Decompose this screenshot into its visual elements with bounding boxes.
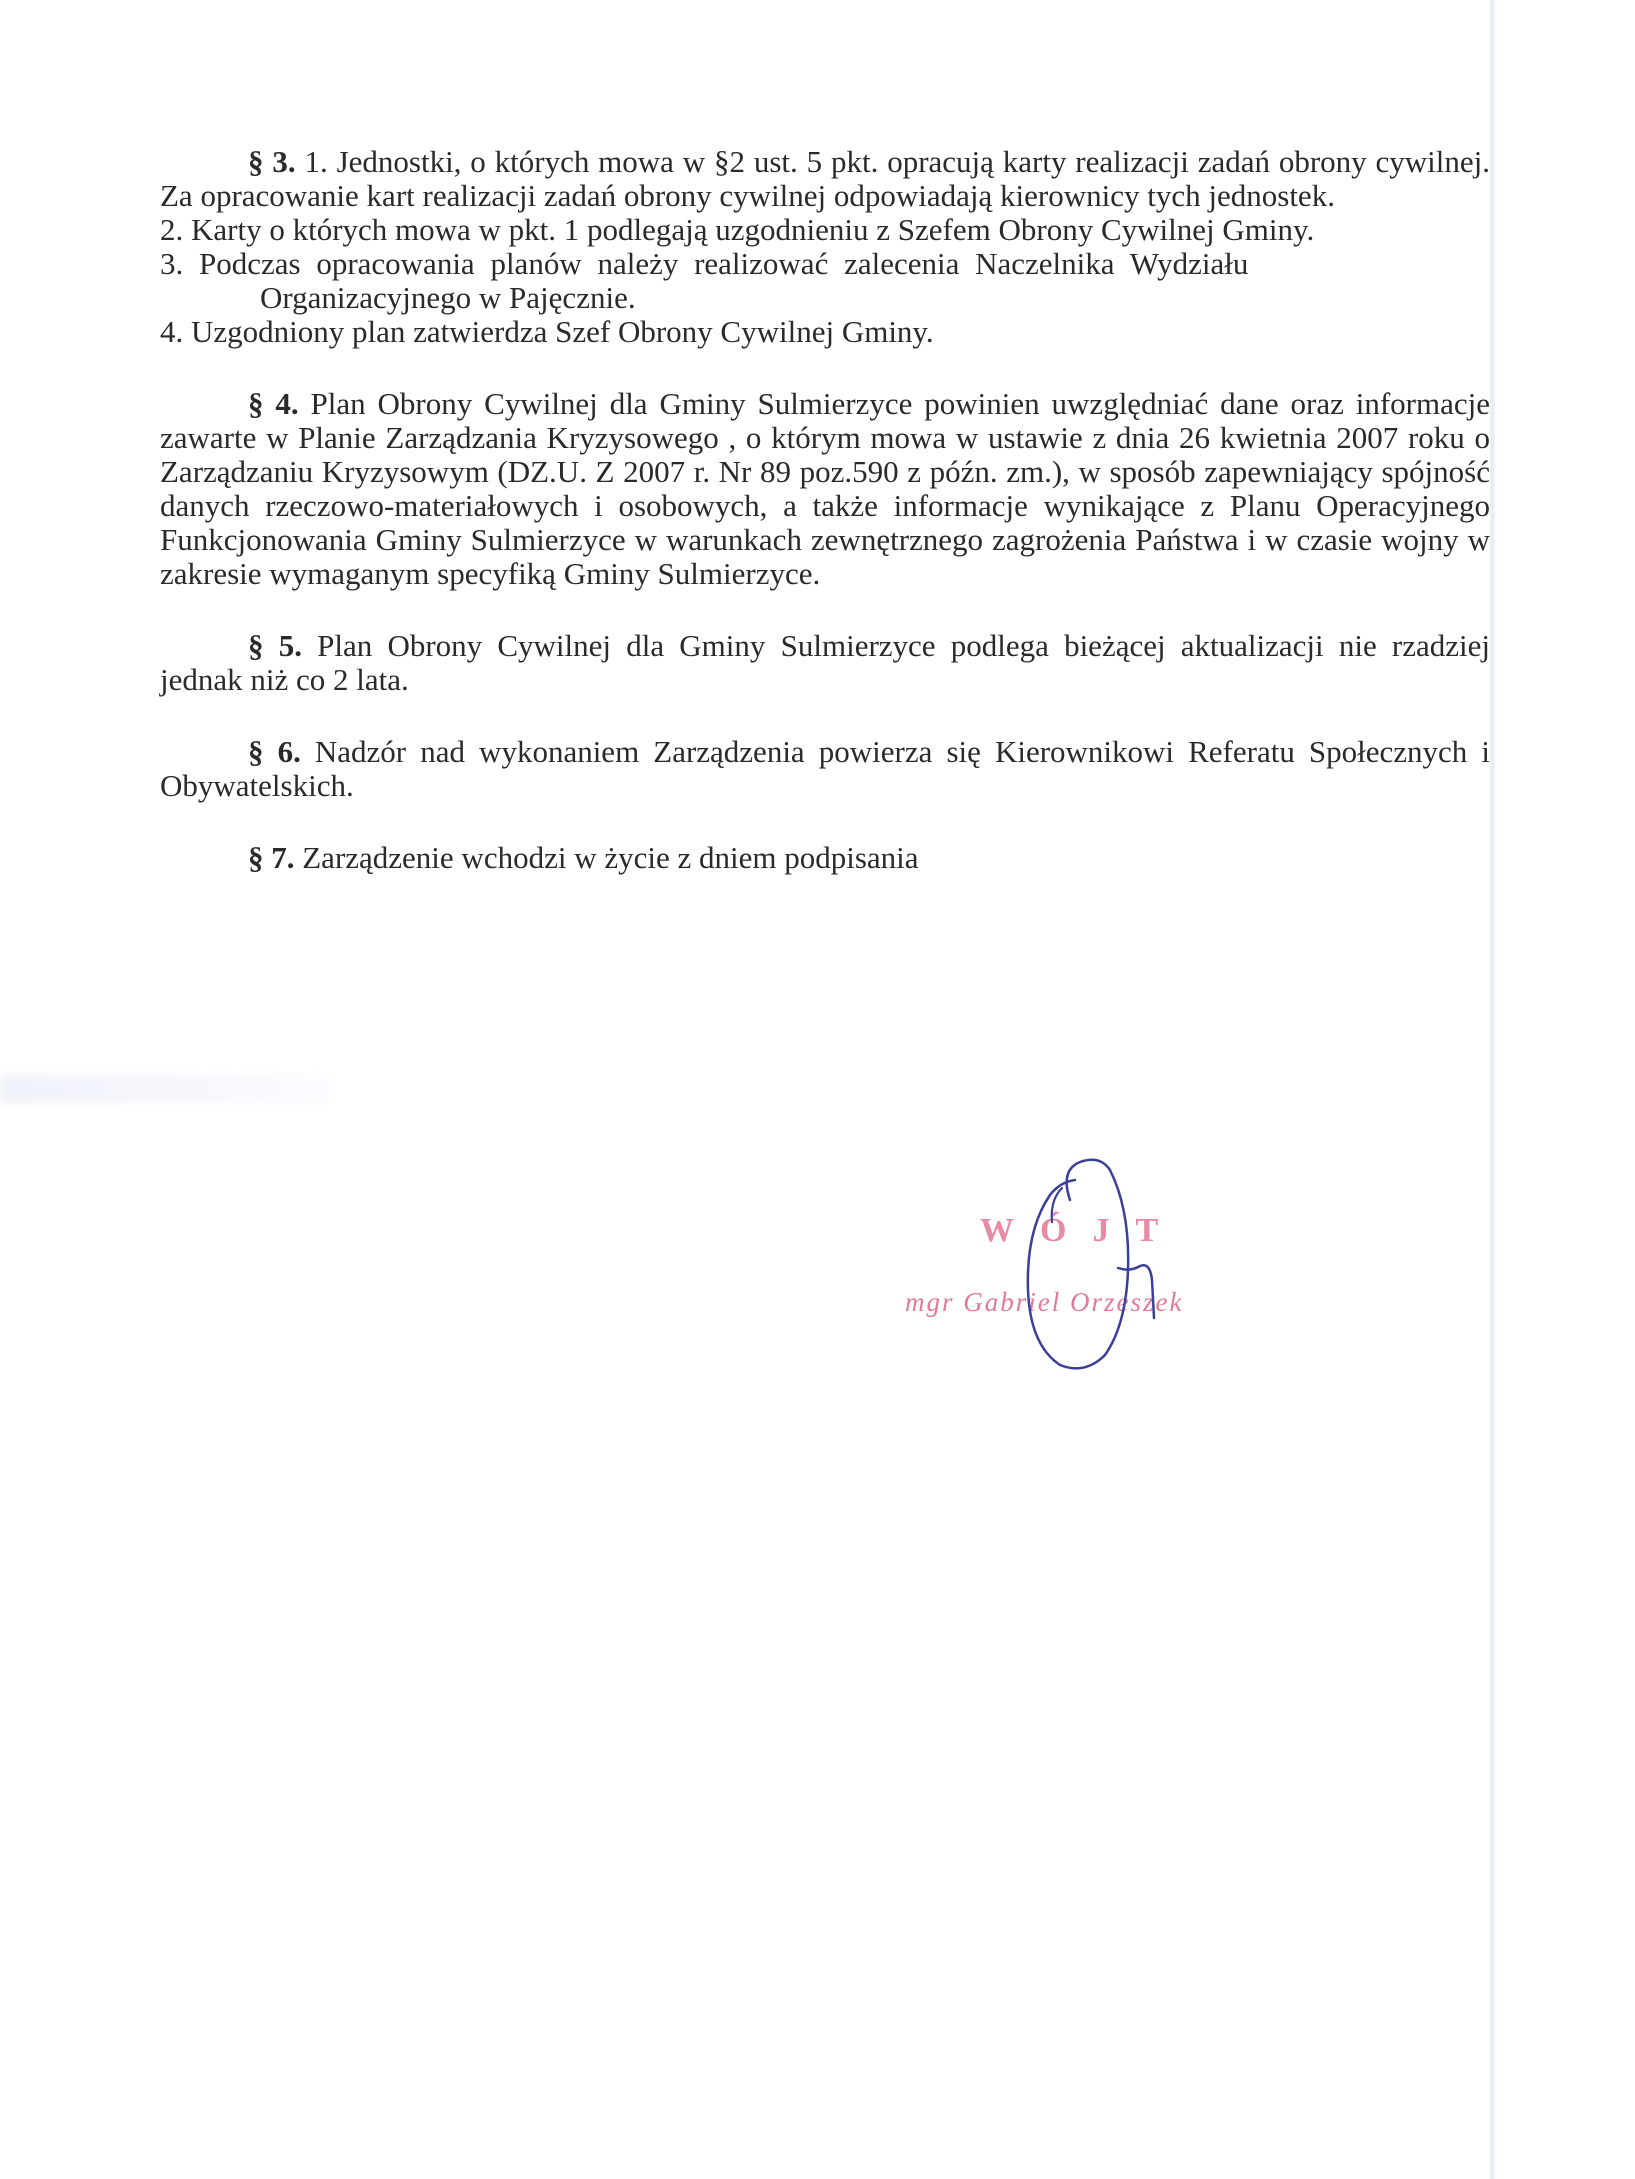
section-6-heading: § 6. [248,734,301,769]
section-5: § 5. Plan Obrony Cywilnej dla Gminy Sulm… [160,629,1490,697]
section-3: § 3. 1. Jednostki, o których mowa w §2 u… [160,145,1490,349]
section-5-text: Plan Obrony Cywilnej dla Gminy Sulmierzy… [160,628,1490,697]
scan-smudge [0,1075,330,1103]
section-3-item-3-line-2: Organizacyjnego w Pajęcznie. [160,281,1490,315]
section-3-item-3-line-1: 3. Podczas opracowania planów należy rea… [160,247,1490,281]
section-3-item-1-text: 1. Jednostki, o których mowa w §2 ust. 5… [160,144,1490,213]
scan-edge-line [1490,0,1495,2179]
section-7-text: Zarządzenie wchodzi w życie z dniem podp… [302,840,918,875]
section-6: § 6. Nadzór nad wykonaniem Zarządzenia p… [160,735,1490,803]
section-3-heading: § 3. [248,144,296,179]
section-3-item-1: § 3. 1. Jednostki, o których mowa w §2 u… [160,145,1490,213]
section-3-item-4: 4. Uzgodniony plan zatwierdza Szef Obron… [160,315,1490,349]
section-5-heading: § 5. [248,628,302,663]
section-7: § 7. Zarządzenie wchodzi w życie z dniem… [160,841,1490,875]
document-page: § 3. 1. Jednostki, o których mowa w §2 u… [160,145,1490,875]
section-4: § 4. Plan Obrony Cywilnej dla Gminy Sulm… [160,387,1490,591]
section-4-heading: § 4. [248,386,299,421]
section-4-text: Plan Obrony Cywilnej dla Gminy Sulmierzy… [160,386,1490,591]
signature-icon [1000,1150,1200,1380]
section-6-text: Nadzór nad wykonaniem Zarządzenia powier… [160,734,1490,803]
section-3-item-2: 2. Karty o których mowa w pkt. 1 podlega… [160,213,1490,247]
section-7-heading: § 7. [248,840,295,875]
